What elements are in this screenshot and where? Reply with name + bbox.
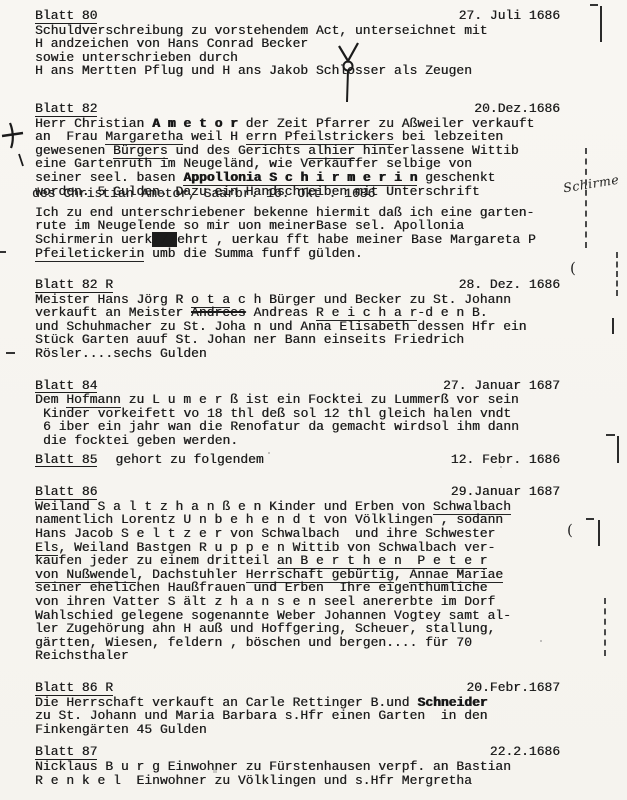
blatt-label: Blatt 80	[35, 9, 97, 24]
margin-cross-icon	[0, 120, 26, 170]
margin-paren: (	[570, 262, 576, 276]
text-segment: Finkengärten 45 Gulden	[35, 722, 207, 737]
entry-text-line: sowie unterschrieben durch	[35, 51, 560, 65]
scanned-document-page: Blatt 8027. Juli 1686Schuldverschreibung…	[0, 0, 627, 800]
text-segment: R e n k e l Einwohner zu Völklingen und …	[35, 773, 472, 788]
entry-text-line: R e n k e l Einwohner zu Völklingen und …	[35, 774, 560, 788]
entry-date: 27. Januar 1687	[443, 379, 560, 393]
register-entry: Blatt 8629.Januar 1687Weiland S a l t z …	[35, 485, 560, 663]
entry-text-line: Finkengärten 45 Gulden	[35, 723, 560, 737]
right-margin-dash	[586, 518, 594, 520]
entry-head: Blatt 86 R20.Febr.1687	[35, 681, 560, 696]
entry-date: 29.Januar 1687	[451, 485, 560, 499]
entry-text-line: H andzeichen von Hans Conrad Becker	[35, 37, 560, 51]
entry-text-line: verkauft an Meister Andrees Andreas R e …	[35, 306, 560, 320]
entry-text-line: Hans Jacob S e l t z e r von Schwalbach …	[35, 527, 560, 541]
entry-text-line: namentlich Lorentz U n b e h e n d t von…	[35, 513, 560, 527]
entry-head: Blatt 8027. Juli 1686	[35, 9, 560, 24]
entry-text-line: Nicklaus B u r g Einwohner zu Fürstenhau…	[35, 760, 560, 774]
margin-rule-mark	[585, 148, 587, 248]
text-segment: H ans Mertten Pflug und H ans Jakob Schl…	[35, 63, 472, 78]
margin-rule-mark	[598, 520, 600, 546]
entry-head: Blatt 82 R28. Dez. 1686	[35, 278, 560, 293]
entry-text-line: Schirmerin uerk///ehrt , uerkau fft habe…	[35, 233, 560, 247]
entry-text-line: von ihren Vatter S ält z h a n s e n see…	[35, 595, 560, 609]
right-margin-dash	[606, 434, 615, 436]
entry-head: Blatt 8722.2.1686	[35, 745, 560, 760]
entry-text-line: an Frau Margaretha weil H errn Pfeilstri…	[35, 130, 560, 144]
text-segment: Schirmerin uerk	[35, 232, 152, 247]
blatt-label: Blatt 85	[35, 453, 97, 468]
register-entry: Blatt 8220.Dez.1686Herr Christian A m e …	[35, 102, 560, 201]
entry-head: Blatt 85gehort zu folgendem12. Febr. 168…	[35, 453, 560, 468]
register-entry: Blatt 8722.2.1686Nicklaus B u r g Einwoh…	[35, 745, 560, 787]
entry-text-line: eine Gartenruth im Neugeländ, wie Verkäu…	[35, 157, 560, 171]
margin-rule-mark	[600, 6, 602, 42]
register-entry: Ich zu end unterschriebener bekenne hier…	[35, 206, 560, 260]
entry-text-line: und Schuhmacher zu St. Joha n und Anna E…	[35, 320, 560, 334]
entry-head: Blatt 8220.Dez.1686	[35, 102, 560, 117]
margin-rule-mark	[617, 436, 619, 463]
entries: Blatt 8027. Juli 1686Schuldverschreibung…	[35, 9, 560, 787]
entry-text-line: Schuldverschreibung zu vorstehendem Act,…	[35, 24, 560, 38]
text-segment: des Christian Ametor, Saarbr. 16. Okt . …	[32, 186, 375, 201]
left-margin-dash	[6, 352, 15, 354]
paper-speckles	[0, 0, 2, 2]
entry-text-line: Pfeiletickerin umb die Summa funff gülde…	[35, 247, 560, 261]
entry-text-line: Dem Hofmann zu L u m e r ß ist ein Fockt…	[35, 393, 560, 407]
entry-text-line: seiner seel. basen Appollonia S c h i r …	[35, 171, 560, 185]
blatt-label: Blatt 84	[35, 379, 97, 394]
entry-text-line: Stück Garten auuf St. Johan ner Bann ein…	[35, 333, 560, 347]
text-segment: die focktei geben werden.	[43, 433, 238, 448]
handzeichen-mark-icon	[334, 42, 364, 106]
entry-date: 22.2.1686	[490, 745, 560, 759]
text-segment: umb die Summa funff gülden.	[144, 246, 362, 261]
entry-text-line: Weiland S a l t z h a n ß e n Kinder und…	[35, 500, 560, 514]
blatt-label: Blatt 82 R	[35, 278, 113, 293]
entry-text-line: Wahlschied gelegene sogenannte Weber Joh…	[35, 609, 560, 623]
entry-text-line: Herr Christian A m e t o r der Zeit Pfar…	[35, 117, 560, 131]
entry-text-line: die focktei geben werden.	[35, 434, 560, 448]
margin-rule-mark	[604, 598, 606, 656]
entry-text-line: Die Herrschaft verkauft an Carle Retting…	[35, 696, 560, 710]
entry-text-line: von Nußwendel, Dachstuhler Herrschaft ge…	[35, 568, 560, 582]
right-margin-dash	[590, 4, 598, 6]
margin-note-schirme: Schirme	[562, 173, 620, 195]
blatt-label: Blatt 82	[35, 102, 97, 117]
entry-text-line: Ich zu end unterschriebener bekenne hier…	[35, 206, 560, 220]
register-entry: Blatt 8427. Januar 1687Dem Hofmann zu L …	[35, 379, 560, 448]
entry-text-line: des Christian Ametor, Saarbr. 16. Okt . …	[32, 187, 557, 201]
entry-text-line: Rösler....sechs Gulden	[35, 347, 560, 361]
entry-date: 12. Febr. 1686	[451, 453, 560, 467]
entry-date: 20.Dez.1686	[474, 102, 560, 116]
entry-text-line: kaufen jeder zu einem dritteil an B e r …	[35, 554, 560, 568]
entry-text-line: Kinder vorkeifett vo 18 thl deß sol 12 t…	[35, 407, 560, 421]
entry-text-line: zu St. Johann und Maria Barbara s.Hfr ei…	[35, 709, 560, 723]
register-entry: Blatt 82 R28. Dez. 1686Meister Hans Jörg…	[35, 278, 560, 361]
entry-text-line: gärtten, Wiesen, feldern , böschen und b…	[35, 636, 560, 650]
entry-text-line: H ans Mertten Pflug und H ans Jakob Schl…	[35, 64, 560, 78]
entry-head: Blatt 8629.Januar 1687	[35, 485, 560, 500]
entry-text-line: rute im Neugelende so mir uon meinerBase…	[35, 219, 560, 233]
blatt-label: Blatt 86 R	[35, 681, 113, 696]
margin-paren: (	[567, 524, 573, 538]
entry-text-line: gewesenen Bürgers und des Gerichts alhie…	[35, 144, 560, 158]
entry-date: 28. Dez. 1686	[459, 278, 560, 292]
entry-text-line: Meister Hans Jörg R o t a c h Bürger und…	[35, 293, 560, 307]
entry-date: 20.Febr.1687	[466, 681, 560, 695]
margin-rule-mark	[612, 318, 614, 334]
register-entry: Blatt 8027. Juli 1686Schuldverschreibung…	[35, 9, 560, 78]
entry-text-line: ler Zugehörung ahn H auß und Hoffgering,…	[35, 622, 560, 636]
text-segment: Pfeiletickerin	[35, 246, 144, 262]
left-margin-dash	[0, 251, 6, 253]
entry-head: Blatt 8427. Januar 1687	[35, 379, 560, 394]
entry-head-note: gehort zu folgendem	[115, 453, 263, 467]
text-segment: Reichsthaler	[35, 648, 129, 663]
margin-rule-mark	[616, 252, 618, 296]
entry-text-line: Els, Weiland Bastgen R u p p e n Wittib …	[35, 541, 560, 555]
entry-date: 27. Juli 1686	[459, 9, 560, 23]
blatt-label: Blatt 86	[35, 485, 97, 500]
entry-text-line: 6 iber ein jahr wan die Renofatur da gem…	[35, 420, 560, 434]
text-segment: Rösler....sechs Gulden	[35, 346, 207, 361]
entry-text-line: Reichsthaler	[35, 649, 560, 663]
blatt-label: Blatt 87	[35, 745, 97, 760]
register-entry: Blatt 85gehort zu folgendem12. Febr. 168…	[35, 453, 560, 468]
register-entry: Blatt 86 R20.Febr.1687Die Herrschaft ver…	[35, 681, 560, 736]
entry-text-line: seiner ehelichen Haußfrauen und Erben Ih…	[35, 581, 560, 595]
